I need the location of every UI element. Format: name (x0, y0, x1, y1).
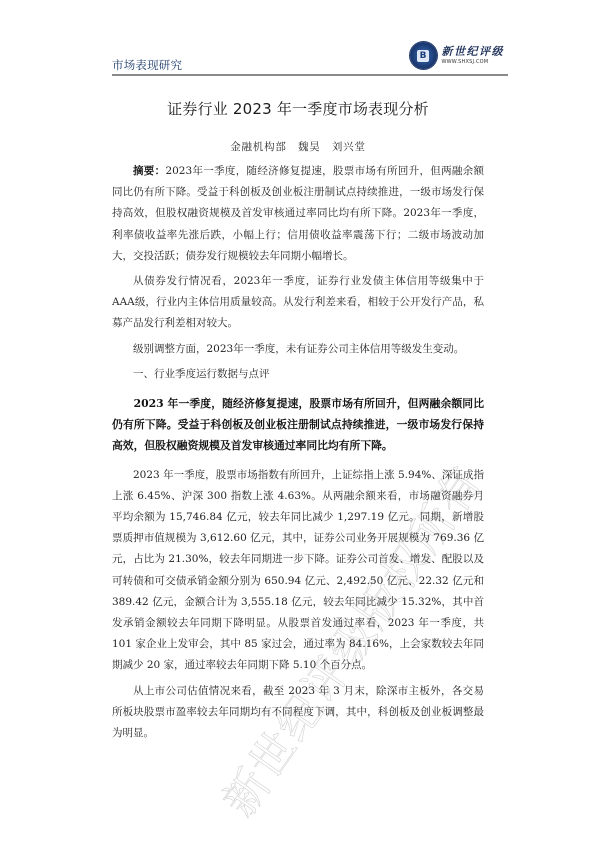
company-logo: B 新世纪评级 WWW.SHXSJ.COM (410, 42, 505, 69)
abstract-text: 2023年一季度，随经济修复提速，股票市场有所回升，但两融余额同比仍有所下降。受… (112, 165, 484, 262)
logo-emblem-glyph: B (417, 50, 429, 62)
document-body: 摘要：2023年一季度，随经济修复提速，股票市场有所回升，但两融余额同比仍有所下… (112, 161, 484, 748)
logo-text: 新世纪评级 WWW.SHXSJ.COM (442, 46, 505, 65)
section-summary-bold: 2023 年一季度，随经济修复提速，股票市场有所回升，但两融余额同比仍有所下降。… (112, 393, 484, 457)
logo-emblem-icon: B (410, 42, 437, 69)
valuation-paragraph: 从上市公司估值情况来看，截至 2023 年 3 月末，除深市主板外，各交易所板块… (112, 681, 484, 745)
header-divider (112, 74, 508, 76)
section-heading: 一、行业季度运行数据与点评 (112, 364, 484, 385)
logo-url: WWW.SHXSJ.COM (442, 59, 505, 65)
market-data-paragraph: 2023 年一季度，股票市场指数有所回升，上证综指上涨 5.94%、深证成指上涨… (112, 465, 484, 677)
logo-name: 新世纪评级 (442, 46, 505, 58)
document-title: 证券行业 2023 年一季度市场表现分析 (112, 98, 484, 119)
page-header: 市场表现研究 B 新世纪评级 WWW.SHXSJ.COM (112, 40, 508, 75)
rating-adjustment-paragraph: 级别调整方面，2023年一季度，未有证券公司主体信用等级发生变动。 (112, 339, 484, 360)
abstract-label: 摘要： (133, 165, 165, 177)
document-authors: 金融机构部 魏昊 刘兴堂 (112, 139, 484, 154)
abstract-paragraph: 摘要：2023年一季度，随经济修复提速，股票市场有所回升，但两融余额同比仍有所下… (112, 161, 484, 267)
header-section-title: 市场表现研究 (112, 57, 182, 73)
bond-issuance-paragraph: 从债券发行情况看，2023年一季度，证券行业发债主体信用等级集中于AAA级，行业… (112, 271, 484, 335)
